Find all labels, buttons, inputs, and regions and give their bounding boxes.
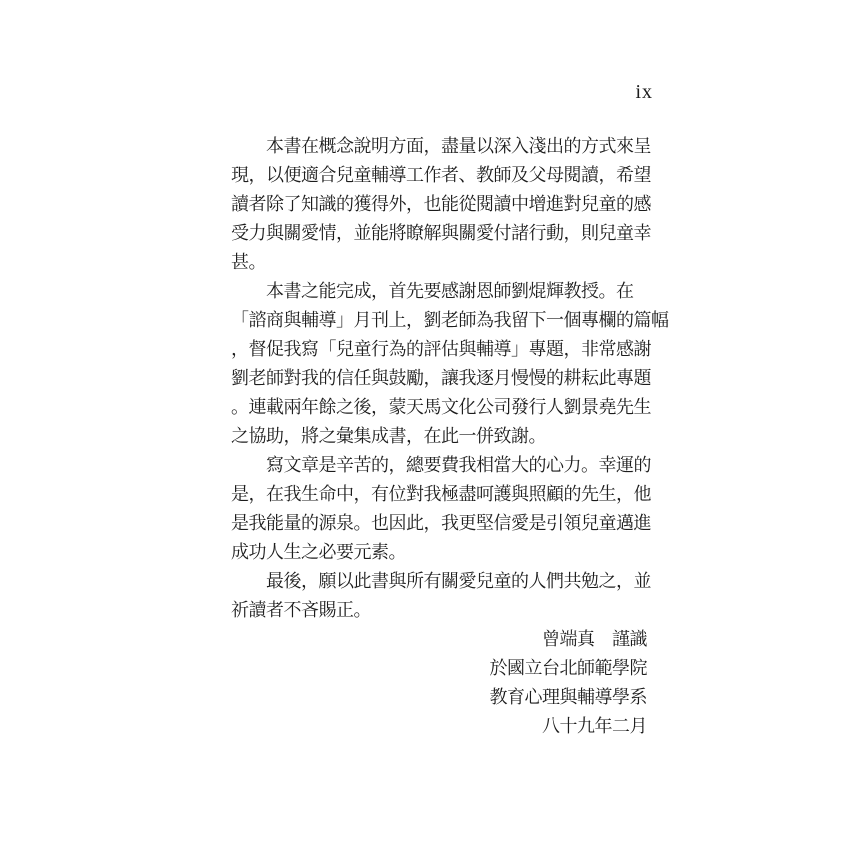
preface-paragraph-2: 本書之能完成，首先要感謝恩師劉焜輝教授。在「諮商與輔導」月刊上，劉老師為我留下一… bbox=[231, 277, 655, 451]
text-line: 最後，願以此書與所有關愛兒童的人們共勉之，並 bbox=[231, 567, 655, 596]
text-line: 本書在概念說明方面，盡量以深入淺出的方式來呈 bbox=[231, 132, 655, 161]
preface-paragraph-3: 寫文章是辛苦的，總要費我相當大的心力。幸運的是，在我生命中，有位對我極盡呵護與照… bbox=[231, 451, 655, 567]
text-line: 成功人生之必要元素。 bbox=[231, 538, 655, 567]
text-line: 甚。 bbox=[231, 248, 655, 277]
text-line: 受力與關愛情，並能將瞭解與關愛付諸行動，則兒童幸 bbox=[231, 219, 655, 248]
text-line: 本書之能完成，首先要感謝恩師劉焜輝教授。在 bbox=[231, 277, 655, 306]
preface-paragraph-4: 最後，願以此書與所有關愛兒童的人們共勉之，並祈讀者不吝賜正。 bbox=[231, 567, 655, 625]
signature-block: 曾端真 謹識於國立台北師範學院教育心理與輔導學系八十九年二月 bbox=[490, 625, 648, 741]
text-line: 寫文章是辛苦的，總要費我相當大的心力。幸運的 bbox=[231, 451, 655, 480]
preface-paragraph-1: 本書在概念說明方面，盡量以深入淺出的方式來呈現，以便適合兒童輔導工作者、教師及父… bbox=[231, 132, 655, 277]
book-page: ix 本書在概念說明方面，盡量以深入淺出的方式來呈現，以便適合兒童輔導工作者、教… bbox=[0, 0, 850, 850]
text-line: 八十九年二月 bbox=[490, 712, 648, 741]
text-line: 是，在我生命中，有位對我極盡呵護與照顧的先生，他 bbox=[231, 480, 655, 509]
text-line: 讀者除了知識的獲得外，也能從閱讀中增進對兒童的感 bbox=[231, 190, 655, 219]
text-line: 「諮商與輔導」月刊上，劉老師為我留下一個專欄的篇幅 bbox=[231, 306, 655, 335]
text-line: 劉老師對我的信任與鼓勵，讓我逐月慢慢的耕耘此專題 bbox=[231, 364, 655, 393]
text-line: 於國立台北師範學院 bbox=[490, 654, 648, 683]
text-line: 現，以便適合兒童輔導工作者、教師及父母閱讀，希望 bbox=[231, 161, 655, 190]
text-line: 。連載兩年餘之後，蒙天馬文化公司發行人劉景堯先生 bbox=[231, 393, 655, 422]
text-line: 教育心理與輔導學系 bbox=[490, 683, 648, 712]
text-line: ，督促我寫「兒童行為的評估與輔導」專題，非常感謝 bbox=[231, 335, 655, 364]
text-line: 祈讀者不吝賜正。 bbox=[231, 596, 655, 625]
preface-text: 本書在概念說明方面，盡量以深入淺出的方式來呈現，以便適合兒童輔導工作者、教師及父… bbox=[231, 132, 655, 625]
text-line: 曾端真 謹識 bbox=[490, 625, 648, 654]
text-line: 是我能量的源泉。也因此，我更堅信愛是引領兒童邁進 bbox=[231, 509, 655, 538]
text-line: 之協助，將之彙集成書，在此一併致謝。 bbox=[231, 422, 655, 451]
page-number: ix bbox=[635, 82, 653, 102]
